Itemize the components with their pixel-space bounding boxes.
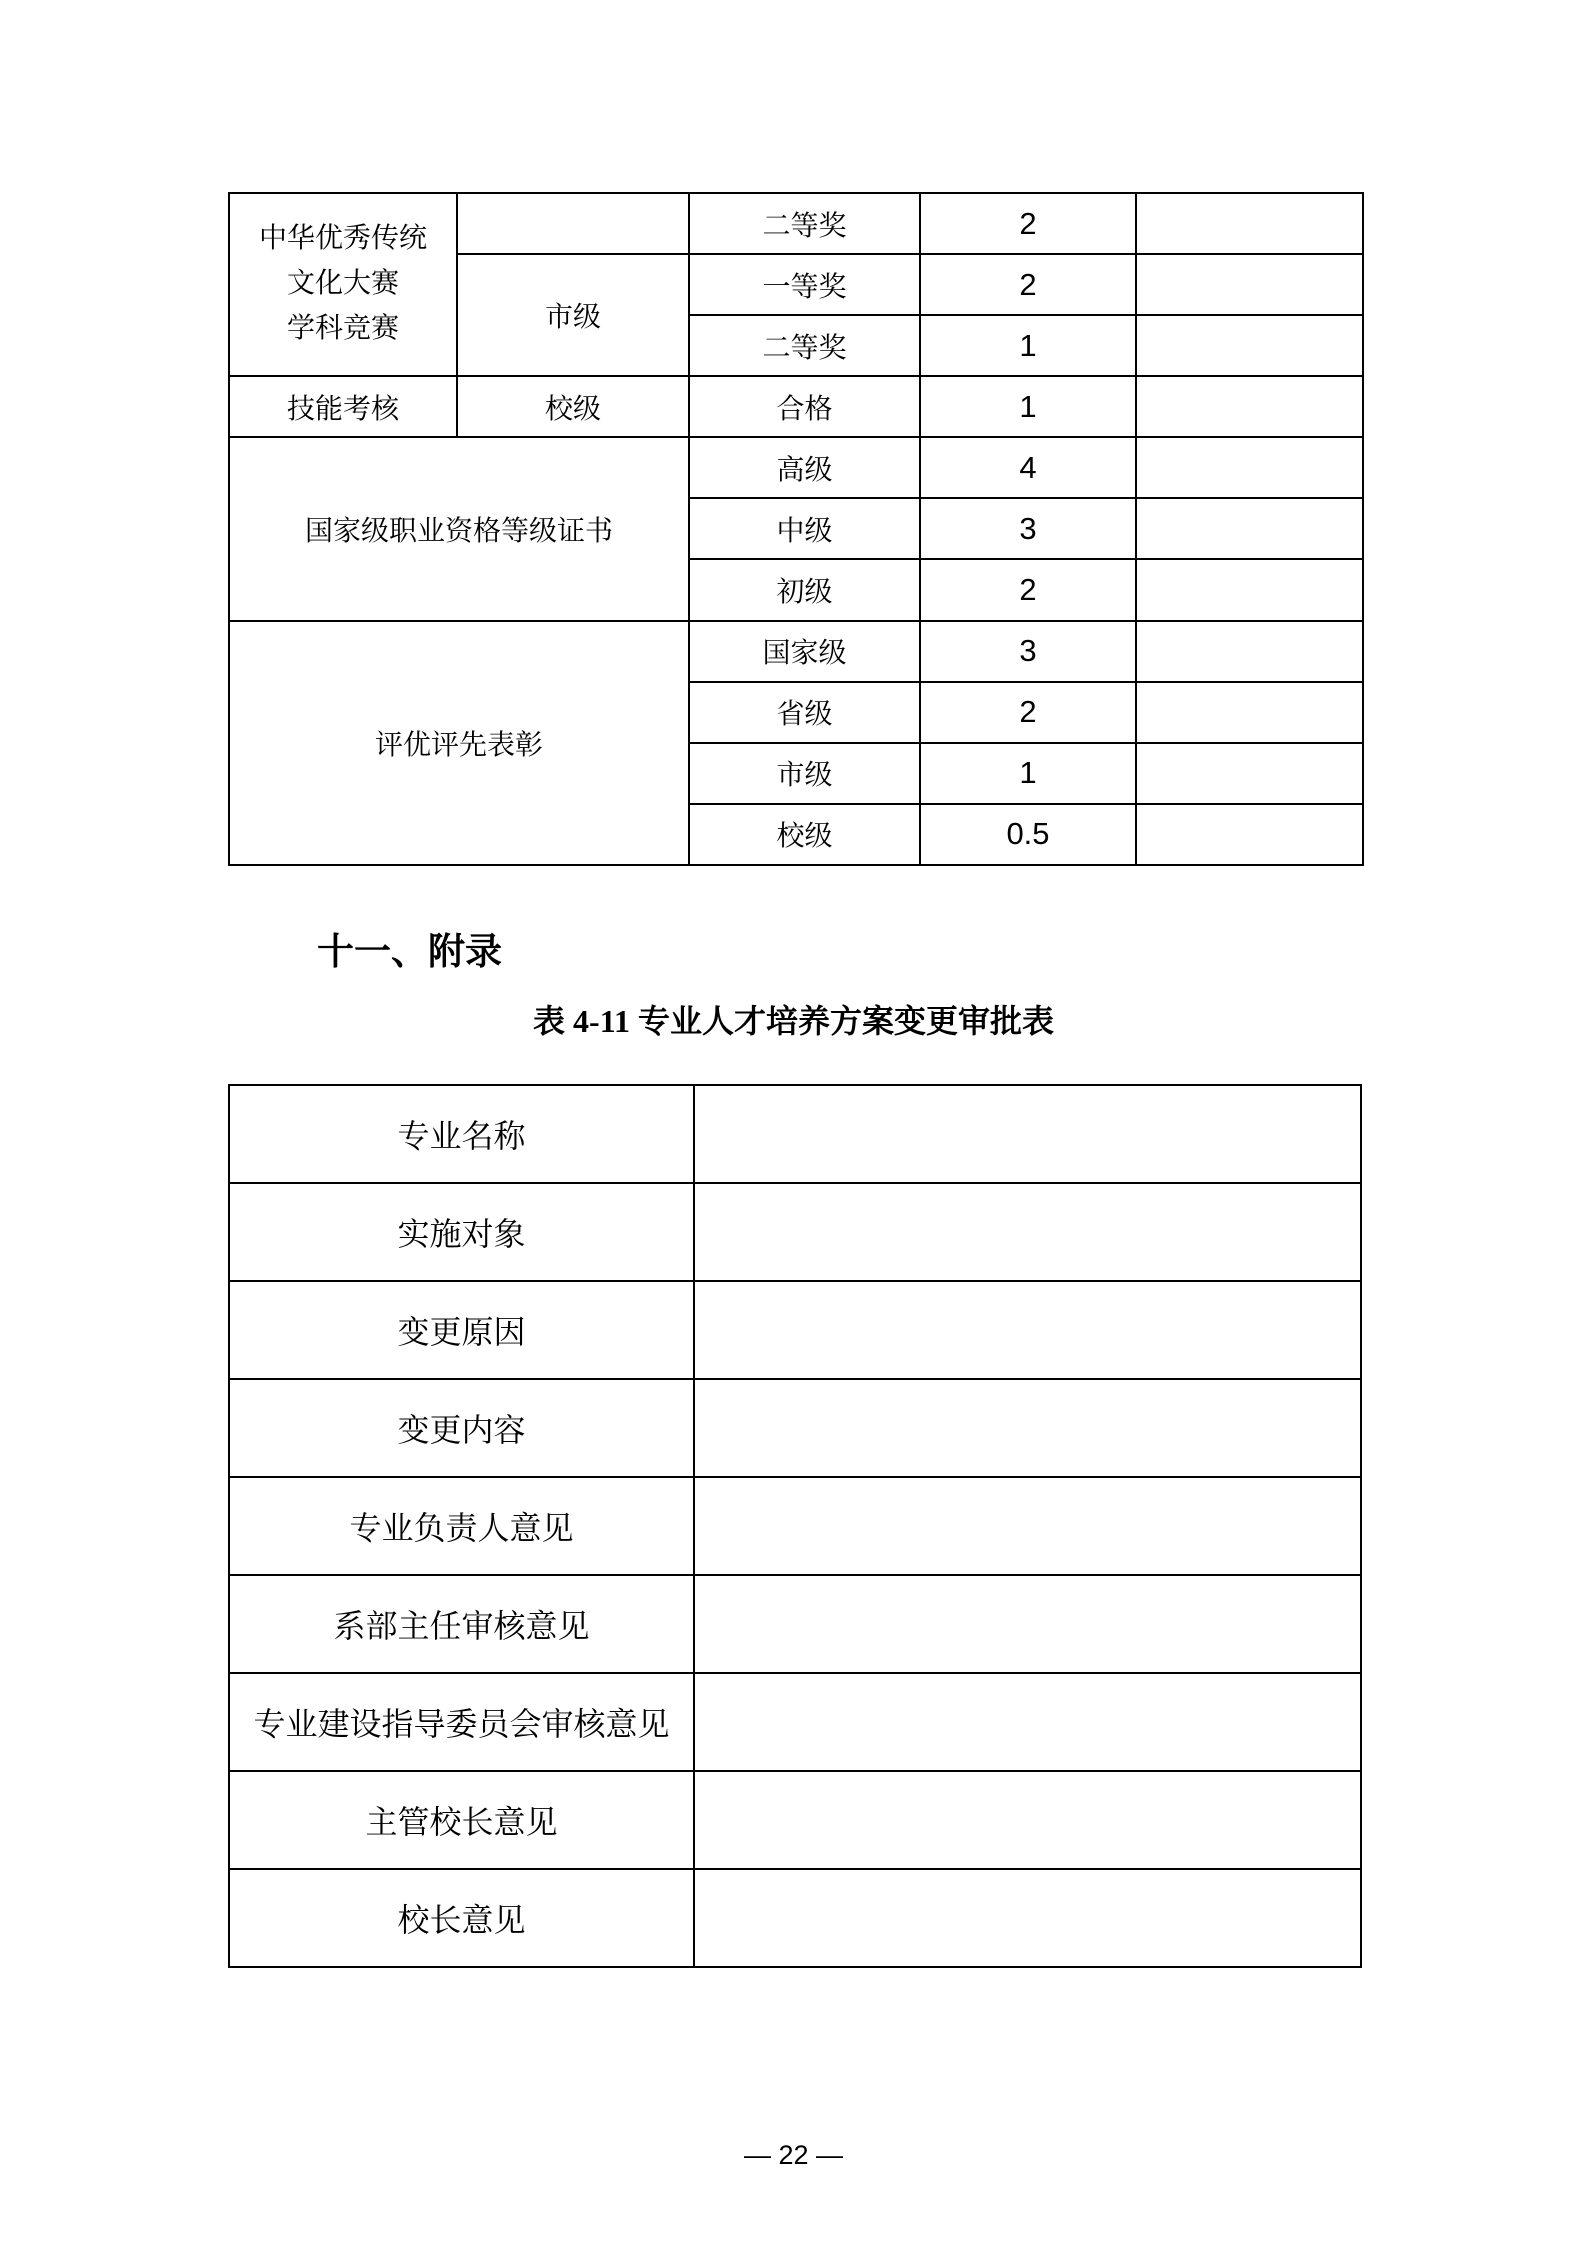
cell-value-empty [694, 1477, 1361, 1575]
cell-remark [1136, 682, 1363, 743]
cell-award: 二等奖 [689, 315, 920, 376]
cell-award: 高级 [689, 437, 920, 498]
cell-award: 合格 [689, 376, 920, 437]
page-number: — 22 — [0, 2140, 1587, 2171]
cell-award: 市级 [689, 743, 920, 804]
cell-score: 2 [920, 682, 1136, 743]
cell-label: 专业负责人意见 [229, 1477, 694, 1575]
cell-score: 2 [920, 193, 1136, 254]
cell-category: 国家级职业资格等级证书 [229, 437, 689, 620]
cell-remark [1136, 559, 1363, 620]
cell-remark [1136, 437, 1363, 498]
table-row: 校长意见 [229, 1869, 1361, 1967]
cell-award: 校级 [689, 804, 920, 865]
cell-remark [1136, 498, 1363, 559]
cell-value-empty [694, 1379, 1361, 1477]
cell-label: 实施对象 [229, 1183, 694, 1281]
table-row: 评优评先表彰 国家级 3 [229, 621, 1363, 682]
table-row: 专业名称 [229, 1085, 1361, 1183]
cell-remark [1136, 743, 1363, 804]
cell-label: 专业建设指导委员会审核意见 [229, 1673, 694, 1771]
cell-score: 2 [920, 559, 1136, 620]
cell-award: 二等奖 [689, 193, 920, 254]
awards-score-table: 中华优秀传统 文化大赛 学科竞赛 二等奖 2 市级 一等奖 2 二等奖 1 技能… [228, 192, 1364, 866]
table-row: 变更内容 [229, 1379, 1361, 1477]
cell-category: 中华优秀传统 文化大赛 学科竞赛 [229, 193, 457, 376]
cell-award: 国家级 [689, 621, 920, 682]
cell-category: 评优评先表彰 [229, 621, 689, 865]
cell-score: 3 [920, 621, 1136, 682]
cell-award: 中级 [689, 498, 920, 559]
cell-level-empty [457, 193, 689, 254]
cell-value-empty [694, 1085, 1361, 1183]
cell-label: 校长意见 [229, 1869, 694, 1967]
cell-remark [1136, 621, 1363, 682]
cell-value-empty [694, 1281, 1361, 1379]
table-row: 中华优秀传统 文化大赛 学科竞赛 二等奖 2 [229, 193, 1363, 254]
cell-remark [1136, 193, 1363, 254]
cell-value-empty [694, 1771, 1361, 1869]
cell-label: 变更内容 [229, 1379, 694, 1477]
cell-label: 系部主任审核意见 [229, 1575, 694, 1673]
cell-score: 3 [920, 498, 1136, 559]
cell-score: 1 [920, 315, 1136, 376]
table-row: 变更原因 [229, 1281, 1361, 1379]
table-row: 专业负责人意见 [229, 1477, 1361, 1575]
table-row: 专业建设指导委员会审核意见 [229, 1673, 1361, 1771]
document-page: 中华优秀传统 文化大赛 学科竞赛 二等奖 2 市级 一等奖 2 二等奖 1 技能… [0, 0, 1587, 2245]
cell-value-empty [694, 1183, 1361, 1281]
table-row: 系部主任审核意见 [229, 1575, 1361, 1673]
table-caption: 表 4-11 专业人才培养方案变更审批表 [0, 1002, 1587, 1040]
cell-score: 1 [920, 376, 1136, 437]
cell-remark [1136, 804, 1363, 865]
cell-remark [1136, 315, 1363, 376]
cell-award: 一等奖 [689, 254, 920, 315]
table-row: 技能考核 校级 合格 1 [229, 376, 1363, 437]
cell-remark [1136, 376, 1363, 437]
cell-score: 4 [920, 437, 1136, 498]
program-change-approval-table: 专业名称 实施对象 变更原因 变更内容 专业负责人意见 系部主任审核意见 [228, 1084, 1362, 1968]
table-row: 主管校长意见 [229, 1771, 1361, 1869]
cell-level: 校级 [457, 376, 689, 437]
cell-value-empty [694, 1869, 1361, 1967]
cell-label: 专业名称 [229, 1085, 694, 1183]
table-row: 实施对象 [229, 1183, 1361, 1281]
cell-label: 主管校长意见 [229, 1771, 694, 1869]
cell-score: 0.5 [920, 804, 1136, 865]
cell-category: 技能考核 [229, 376, 457, 437]
cell-level: 市级 [457, 254, 689, 376]
cell-award: 省级 [689, 682, 920, 743]
cell-remark [1136, 254, 1363, 315]
table-row: 国家级职业资格等级证书 高级 4 [229, 437, 1363, 498]
cell-value-empty [694, 1575, 1361, 1673]
cell-award: 初级 [689, 559, 920, 620]
cell-score: 1 [920, 743, 1136, 804]
cell-label: 变更原因 [229, 1281, 694, 1379]
cell-score: 2 [920, 254, 1136, 315]
section-heading: 十一、附录 [317, 930, 502, 974]
cell-value-empty [694, 1673, 1361, 1771]
